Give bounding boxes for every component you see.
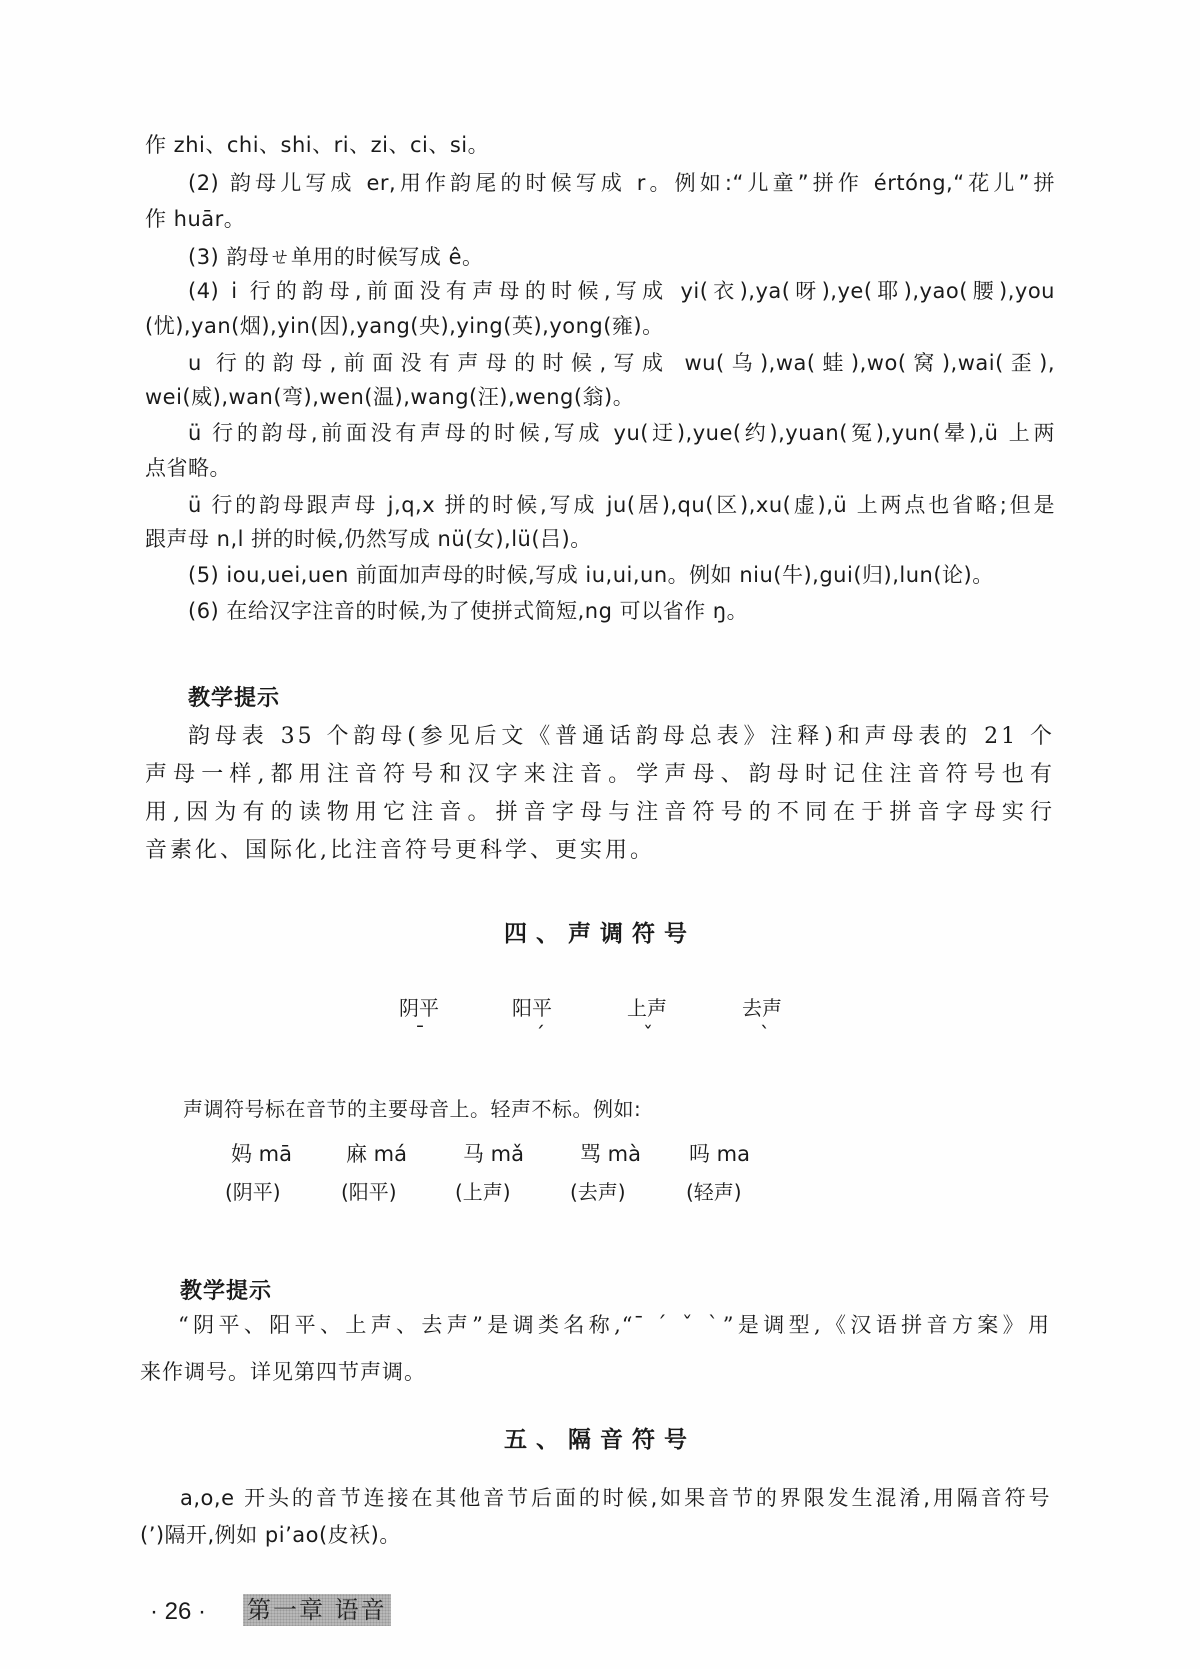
teaching-tip-heading: 教学提示 bbox=[180, 1274, 272, 1305]
tip-line: 韵母表 35 个韵母(参见后文《普通话韵母总表》注释)和声母表的 21 个 bbox=[188, 722, 1055, 752]
example-word: 妈 mā bbox=[231, 1138, 292, 1168]
example-tone: (阳平) bbox=[341, 1176, 397, 1205]
paragraph-line: 跟声母 n,l 拼的时候,仍然写成 nü(女),lü(吕)。 bbox=[145, 524, 592, 554]
paragraph-line: (4) i 行的韵母,前面没有声母的时候,写成 yi(衣),ya(呀),ye(耶… bbox=[188, 276, 1055, 306]
tip-line: 声母一样,都用注音符号和汉字来注音。学声母、韵母时记住注音符号也有 bbox=[145, 760, 1055, 790]
paragraph-line: ü 行的韵母跟声母 j,q,x 拼的时候,写成 ju(居),qu(区),xu(虚… bbox=[188, 490, 1055, 520]
example-word: 马 mǎ bbox=[463, 1138, 524, 1168]
example-tone: (去声) bbox=[570, 1176, 626, 1205]
example-word: 骂 mà bbox=[580, 1138, 641, 1168]
chapter-label: 第一章 语音 bbox=[243, 1594, 391, 1626]
paragraph-line: (5) iou,uei,uen 前面加声母的时候,写成 iu,ui,un。例如 … bbox=[188, 560, 994, 590]
tone-name: 去声 bbox=[742, 992, 782, 1021]
paragraph-line: 作 zhi、chi、shi、ri、zi、ci、si。 bbox=[145, 130, 489, 160]
tone-mark-rising: ˊ bbox=[535, 1022, 545, 1046]
paragraph-line: ü 行的韵母,前面没有声母的时候,写成 yu(迂),yue(约),yuan(冤)… bbox=[188, 418, 1055, 448]
paragraph-line: u 行的韵母,前面没有声母的时候,写成 wu(乌),wa(蛙),wo(窝),wa… bbox=[188, 348, 1055, 378]
paragraph-line: (忧),yan(烟),yin(因),yang(央),ying(英),yong(雍… bbox=[145, 311, 664, 341]
tip-line: 来作调号。详见第四节声调。 bbox=[140, 1357, 426, 1387]
example-word: 吗 ma bbox=[689, 1138, 750, 1168]
tone-name: 阴平 bbox=[399, 992, 439, 1021]
tip-line: “阴平、阳平、上声、去声”是调类名称,“ˉ ˊ ˇ ˋ”是调型,《汉语拼音方案》… bbox=[178, 1310, 1050, 1340]
tone-name: 上声 bbox=[627, 992, 667, 1021]
example-tone: (上声) bbox=[455, 1176, 511, 1205]
tone-mark-dipping: ˇ bbox=[643, 1022, 653, 1046]
paragraph-line: 点省略。 bbox=[145, 453, 231, 483]
tip-line: 音素化、国际化,比注音符号更科学、更实用。 bbox=[145, 836, 655, 866]
paragraph-line: (’)隔开,例如 pi’ao(皮袄)。 bbox=[140, 1520, 401, 1550]
example-tone: (阴平) bbox=[225, 1176, 281, 1205]
page-number: · 26 · bbox=[150, 1598, 206, 1626]
example-tone: (轻声) bbox=[686, 1176, 742, 1205]
section-title-syllable-separator: 五、隔音符号 bbox=[0, 1421, 1200, 1454]
paragraph-line: (2) 韵母儿写成 er,用作韵尾的时候写成 r。例如:“儿童”拼作 értón… bbox=[188, 168, 1055, 198]
section-title-tone-marks: 四、声调符号 bbox=[0, 915, 1200, 948]
paragraph-line: a,o,e 开头的音节连接在其他音节后面的时候,如果音节的界限发生混淆,用隔音符… bbox=[180, 1483, 1050, 1513]
tip-line: 用,因为有的读物用它注音。拼音字母与注音符号的不同在于拼音字母实行 bbox=[145, 798, 1055, 828]
tone-mark-falling: ˋ bbox=[760, 1022, 770, 1046]
paragraph-line: 作 huār。 bbox=[145, 204, 245, 234]
tone-name: 阳平 bbox=[512, 992, 552, 1021]
example-word: 麻 má bbox=[346, 1138, 407, 1168]
teaching-tip-heading: 教学提示 bbox=[188, 681, 280, 712]
textbook-page: 作 zhi、chi、shi、ri、zi、ci、si。 (2) 韵母儿写成 er,… bbox=[0, 0, 1200, 1669]
paragraph-line: (3) 韵母ㄝ单用的时候写成 ê。 bbox=[188, 242, 484, 272]
paragraph-line: (6) 在给汉字注音的时候,为了使拼式简短,ng 可以省作 ŋ。 bbox=[188, 596, 748, 626]
tone-mark-level: ˉ bbox=[415, 1022, 425, 1046]
paragraph-line: wei(威),wan(弯),wen(温),wang(汪),weng(翁)。 bbox=[145, 382, 634, 412]
tone-note: 声调符号标在音节的主要母音上。轻声不标。例如: bbox=[183, 1094, 641, 1124]
